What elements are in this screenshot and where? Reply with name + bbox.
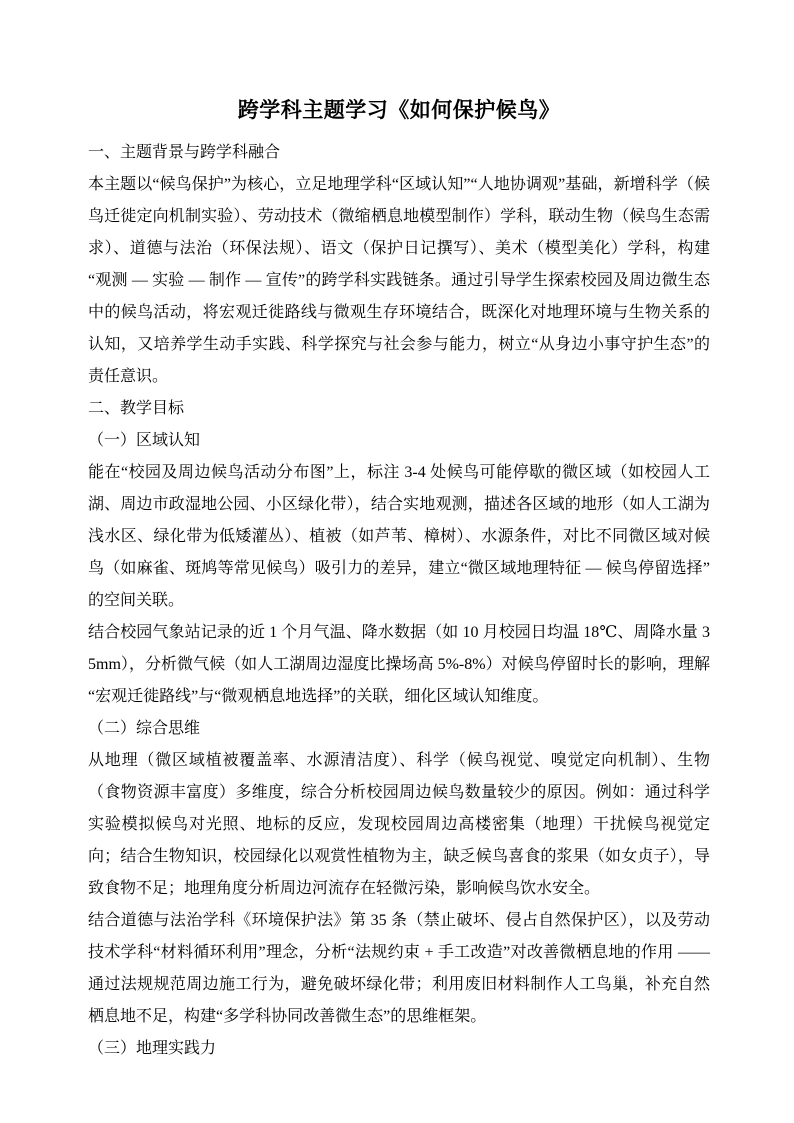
subheading-geographic-practice: （三）地理实践力 <box>88 1033 710 1065</box>
subheading-comprehensive-thinking: （二）综合思维 <box>88 713 710 745</box>
section-heading-theme-background: 一、主题背景与跨学科融合 <box>88 137 710 169</box>
paragraph-regional-cognition-1: 能在“校园及周边候鸟活动分布图”上，标注 3-4 处候鸟可能停歇的微区域（如校园… <box>88 457 710 617</box>
document-title: 跨学科主题学习《如何保护候鸟》 <box>88 94 710 127</box>
paragraph-comprehensive-thinking-2: 结合道德与法治学科《环境保护法》第 35 条（禁止破坏、侵占自然保护区），以及劳… <box>88 905 710 1033</box>
paragraph-regional-cognition-2: 结合校园气象站记录的近 1 个月气温、降水数据（如 10 月校园日均温 18℃、… <box>88 617 710 713</box>
paragraph-theme-background: 本主题以“候鸟保护”为核心，立足地理学科“区域认知”“人地协调观”基础，新增科学… <box>88 169 710 393</box>
subheading-regional-cognition: （一）区域认知 <box>88 425 710 457</box>
section-heading-teaching-goals: 二、教学目标 <box>88 393 710 425</box>
paragraph-comprehensive-thinking-1: 从地理（微区域植被覆盖率、水源清洁度）、科学（候鸟视觉、嗅觉定向机制）、生物（食… <box>88 745 710 905</box>
document-page: 跨学科主题学习《如何保护候鸟》 一、主题背景与跨学科融合 本主题以“候鸟保护”为… <box>0 0 794 1123</box>
